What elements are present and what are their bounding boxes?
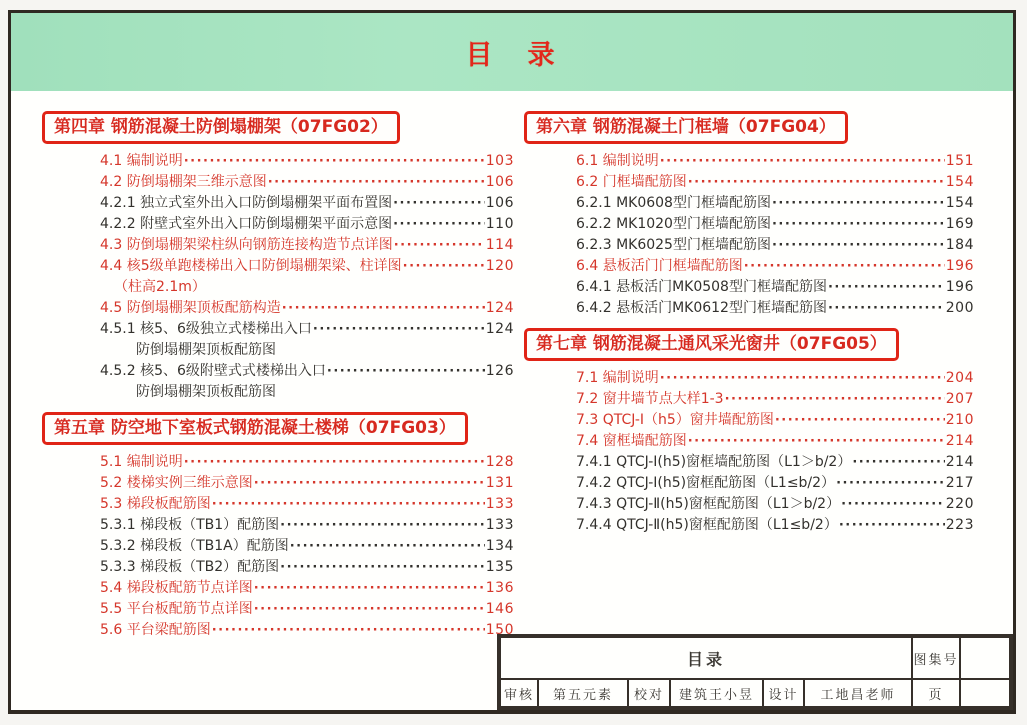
toc-entry: 4.5 防倒塌棚架顶板配筋构造124 [42, 298, 514, 319]
toc-entry: 4.5.2 核5、6级附壁式式楼梯出入口126 [42, 361, 514, 382]
dot-leader [313, 319, 485, 340]
toc-entry: 7.1 编制说明204 [524, 368, 974, 389]
toc-entry: 6.2.2 MK1020型门框墙配筋图169 [524, 214, 974, 235]
toc-entry: 5.1 编制说明128 [42, 452, 514, 473]
dot-leader [828, 277, 945, 298]
dot-leader [660, 151, 945, 172]
dot-leader [772, 193, 945, 214]
dot-leader [775, 410, 945, 431]
toc-entry: 5.3 梯段板配筋图133 [42, 494, 514, 515]
toc-entry: 5.3.2 梯段板（TB1A）配筋图134 [42, 536, 514, 557]
title-block: 目录 图集号 审核 第五元素 校对 建筑王小昱 设计 工地昌老师 页 [497, 634, 1013, 710]
dot-leader [744, 256, 945, 277]
dot-leader [836, 473, 945, 494]
dot-leader [828, 298, 945, 319]
chapter-5-heading: 第五章 防空地下室板式钢筋混凝土楼梯（07FG03） [42, 412, 468, 445]
dot-leader [841, 494, 945, 515]
dot-leader [660, 368, 945, 389]
toc-entry: 7.4.3 QTCJ-Ⅱ(h5)窗框配筋图（L1＞b/2）220 [524, 494, 974, 515]
toc-entry: 6.2.3 MK6025型门框墙配筋图184 [524, 235, 974, 256]
titleblock-page-value [960, 679, 1010, 707]
dot-leader [268, 172, 485, 193]
dot-leader [327, 361, 485, 382]
dot-leader [254, 599, 485, 620]
toc-entry: 4.3 防倒塌棚架梁柱纵向钢筋连接构造节点详图114 [42, 235, 514, 256]
toc-entry: 4.4 核5级单跑楼梯出入口防倒塌棚架梁、柱详图120 [42, 256, 514, 277]
toc-entry: 6.4.2 悬板活门MK0612型门框墙配筋图200 [524, 298, 974, 319]
toc-entry: 7.4.4 QTCJ-Ⅱ(h5)窗框配筋图（L1≤b/2）223 [524, 515, 974, 536]
dot-leader [772, 214, 945, 235]
toc-entry: 5.3.1 梯段板（TB1）配筋图133 [42, 515, 514, 536]
titleblock-review-label: 审核 [500, 679, 538, 707]
dot-leader [393, 193, 485, 214]
chapter-7-heading: 第七章 钢筋混凝土通风采光窗井（07FG05） [524, 328, 899, 361]
dot-leader [184, 452, 485, 473]
titleblock-review-value: 第五元素 [538, 679, 628, 707]
toc-entry: 6.2 门框墙配筋图154 [524, 172, 974, 193]
toc-entry: 5.5 平台板配筋节点详图146 [42, 599, 514, 620]
toc-column-left: 第四章 钢筋混凝土防倒塌棚架（07FG02） 4.1 编制说明103 4.2 防… [42, 111, 514, 641]
page-frame: 目 录 第四章 钢筋混凝土防倒塌棚架（07FG02） 4.1 编制说明103 4… [8, 10, 1016, 714]
titleblock-atlas-no-label: 图集号 [912, 637, 960, 679]
chapter-4-heading: 第四章 钢筋混凝土防倒塌棚架（07FG02） [42, 111, 400, 144]
dot-leader [394, 235, 485, 256]
dot-leader [688, 431, 945, 452]
chapter-7-entries: 7.1 编制说明204 7.2 窗井墙节点大样1-3207 7.3 QTCJ-Ⅰ… [524, 368, 974, 536]
page-title: 目 录 [466, 33, 559, 72]
dot-leader [688, 172, 945, 193]
chapter-6-entries: 6.1 编制说明151 6.2 门框墙配筋图154 6.2.1 MK0608型门… [524, 151, 974, 319]
toc-entry: 7.4 窗框墙配筋图214 [524, 431, 974, 452]
toc-entry: 6.4 悬板活门门框墙配筋图196 [524, 256, 974, 277]
dot-leader [290, 536, 485, 557]
toc-entry: 4.2.1 独立式室外出入口防倒塌棚架平面布置图106 [42, 193, 514, 214]
toc-entry: 7.2 窗井墙节点大样1-3207 [524, 389, 974, 410]
dot-leader [839, 515, 945, 536]
toc-entry: 6.4.1 悬板活门MK0508型门框墙配筋图196 [524, 277, 974, 298]
toc-entry: 7.4.2 QTCJ-Ⅰ(h5)窗框配筋图（L1≤b/2）217 [524, 473, 974, 494]
toc-entry: 7.4.1 QTCJ-Ⅰ(h5)窗框墙配筋图（L1＞b/2）214 [524, 452, 974, 473]
dot-leader [280, 515, 485, 536]
dot-leader [282, 298, 485, 319]
dot-leader [280, 557, 485, 578]
toc-entry-continuation: 防倒塌棚架顶板配筋图 [42, 340, 514, 361]
toc-entry: 4.1 编制说明103 [42, 151, 514, 172]
toc-entry-continuation: 防倒塌棚架顶板配筋图 [42, 382, 514, 403]
chapter-5-entries: 5.1 编制说明128 5.2 楼梯实例三维示意图131 5.3 梯段板配筋图1… [42, 452, 514, 641]
dot-leader [725, 389, 945, 410]
toc-entry: 6.2.1 MK0608型门框墙配筋图154 [524, 193, 974, 214]
toc-entry: 4.5.1 核5、6级独立式楼梯出入口124 [42, 319, 514, 340]
toc-entry: 7.3 QTCJ-Ⅰ（h5）窗井墙配筋图210 [524, 410, 974, 431]
dot-leader [212, 620, 485, 641]
titleblock-atlas-no-value [960, 637, 1010, 679]
dot-leader [403, 256, 485, 277]
dot-leader [254, 473, 485, 494]
dot-leader [212, 494, 485, 515]
titleblock-doc-title: 目录 [500, 637, 912, 679]
toc-entry: 4.2.2 附壁式室外出入口防倒塌棚架平面示意图110 [42, 214, 514, 235]
dot-leader [393, 214, 485, 235]
titleblock-design-label: 设计 [763, 679, 804, 707]
toc-entry: 6.1 编制说明151 [524, 151, 974, 172]
page-content: 目 录 第四章 钢筋混凝土防倒塌棚架（07FG02） 4.1 编制说明103 4… [11, 13, 1013, 710]
toc-entry: 5.2 楼梯实例三维示意图131 [42, 473, 514, 494]
toc-entry: 5.4 梯段板配筋节点详图136 [42, 578, 514, 599]
titleblock-proof-value: 建筑王小昱 [670, 679, 763, 707]
toc-column-right: 第六章 钢筋混凝土门框墙（07FG04） 6.1 编制说明151 6.2 门框墙… [524, 111, 974, 536]
toc-entry-continuation: （柱高2.1m） [42, 277, 514, 298]
toc-entry: 5.6 平台梁配筋图150 [42, 620, 514, 641]
chapter-4-entries: 4.1 编制说明103 4.2 防倒塌棚架三维示意图106 4.2.1 独立式室… [42, 151, 514, 403]
toc-entry: 4.2 防倒塌棚架三维示意图106 [42, 172, 514, 193]
titleblock-page-label: 页 [912, 679, 960, 707]
toc-entry: 5.3.3 梯段板（TB2）配筋图135 [42, 557, 514, 578]
titleblock-design-value: 工地昌老师 [804, 679, 912, 707]
dot-leader [184, 151, 485, 172]
header-band: 目 录 [11, 13, 1013, 91]
dot-leader [254, 578, 485, 599]
chapter-6-heading: 第六章 钢筋混凝土门框墙（07FG04） [524, 111, 848, 144]
dot-leader [772, 235, 945, 256]
dot-leader [852, 452, 944, 473]
titleblock-proof-label: 校对 [628, 679, 670, 707]
